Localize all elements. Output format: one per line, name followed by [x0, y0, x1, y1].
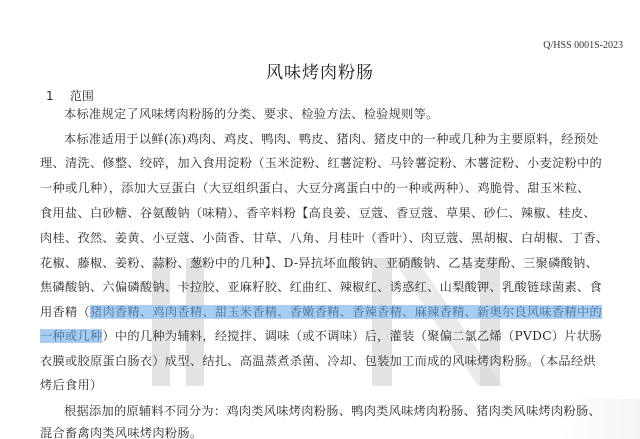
- paragraph-line: 食用盐、白砂糖、谷氨酸钠（味精）、香辛料粉【高良姜、豆蔻、香豆蔻、草果、砂仁、辣…: [40, 205, 596, 221]
- text-selection-highlight[interactable]: 猪肉香精、鸡肉香精、甜玉米香精、香嫩香精、香辣香精、麻辣香精、新奥尔良风味香精中…: [90, 305, 602, 319]
- paragraph-line: 用香精（猪肉香精、鸡肉香精、甜玉米香精、香嫩香精、香辣香精、麻辣香精、新奥尔良风…: [40, 304, 602, 320]
- paragraph-line: 混合畜禽肉类风味烤肉粉肠。: [40, 425, 202, 439]
- paragraph-line: 理、清洗、修整、绞碎，加入食用淀粉（玉米淀粉、红薯淀粉、马铃薯淀粉、木薯淀粉、小…: [40, 155, 602, 171]
- paragraph-line: 根据添加的原辅料不同分为：鸡肉类风味烤肉粉肠、鸭肉类风味烤肉粉肠、猪肉类风味烤肉…: [64, 403, 601, 419]
- paragraph-line: 本标准规定了风味烤肉粉肠的分类、要求、检验方法、检验规则等。: [64, 106, 439, 122]
- paragraph-line: 花椒、藤椒、姜粉、蒜粉、葱粉中的几种】、D-异抗坏血酸钠、亚硝酸钠、乙基麦芽酚、…: [40, 255, 598, 271]
- line-text: 用香精（: [40, 305, 90, 319]
- section-title: 范围: [70, 89, 94, 103]
- paragraph-line: 烤后食用）: [40, 377, 102, 393]
- paragraph-line: 肉桂、孜然、姜黄、小豆蔻、小茴香、甘草、八角、月桂叶（香叶）、肉豆蔻、黑胡椒、白…: [40, 230, 608, 246]
- paragraph-line: 一种或几种），添加大豆蛋白（大豆组织蛋白、大豆分离蛋白中的一种或两种）、鸡脆骨、…: [40, 180, 590, 196]
- paragraph-line: 本标准适用于以鲜(冻)鸡肉、鸡皮、鸭肉、鸭皮、猪肉、猪皮中的一种或几种为主要原料…: [64, 131, 599, 147]
- line-text: ）中的几种为辅料，经搅拌、调味（或不调味）后，灌装（聚偏二氯乙烯（PVDC）片状…: [102, 329, 601, 343]
- paragraph-line: 一种或几种）中的几种为辅料，经搅拌、调味（或不调味）后，灌装（聚偏二氯乙烯（PV…: [40, 328, 602, 344]
- standard-code: Q/HSS 0001S-2023: [543, 40, 623, 51]
- paragraph-line: 焦磷酸钠、六偏磷酸钠、卡拉胶、亚麻籽胶、红曲红、辣椒红、诱惑红、山梨酸钾、乳酸链…: [40, 279, 602, 295]
- section-heading: 1 范围: [46, 87, 94, 104]
- paragraph-line: 衣膜或胶原蛋白肠衣）成型、结扎、高温蒸煮杀菌、冷却、包装加工而成的风味烤肉粉肠。…: [40, 353, 596, 369]
- text-selection-highlight[interactable]: 一种或几种: [40, 329, 102, 343]
- section-number: 1: [46, 89, 66, 103]
- page-title: 风味烤肉粉肠: [0, 58, 640, 83]
